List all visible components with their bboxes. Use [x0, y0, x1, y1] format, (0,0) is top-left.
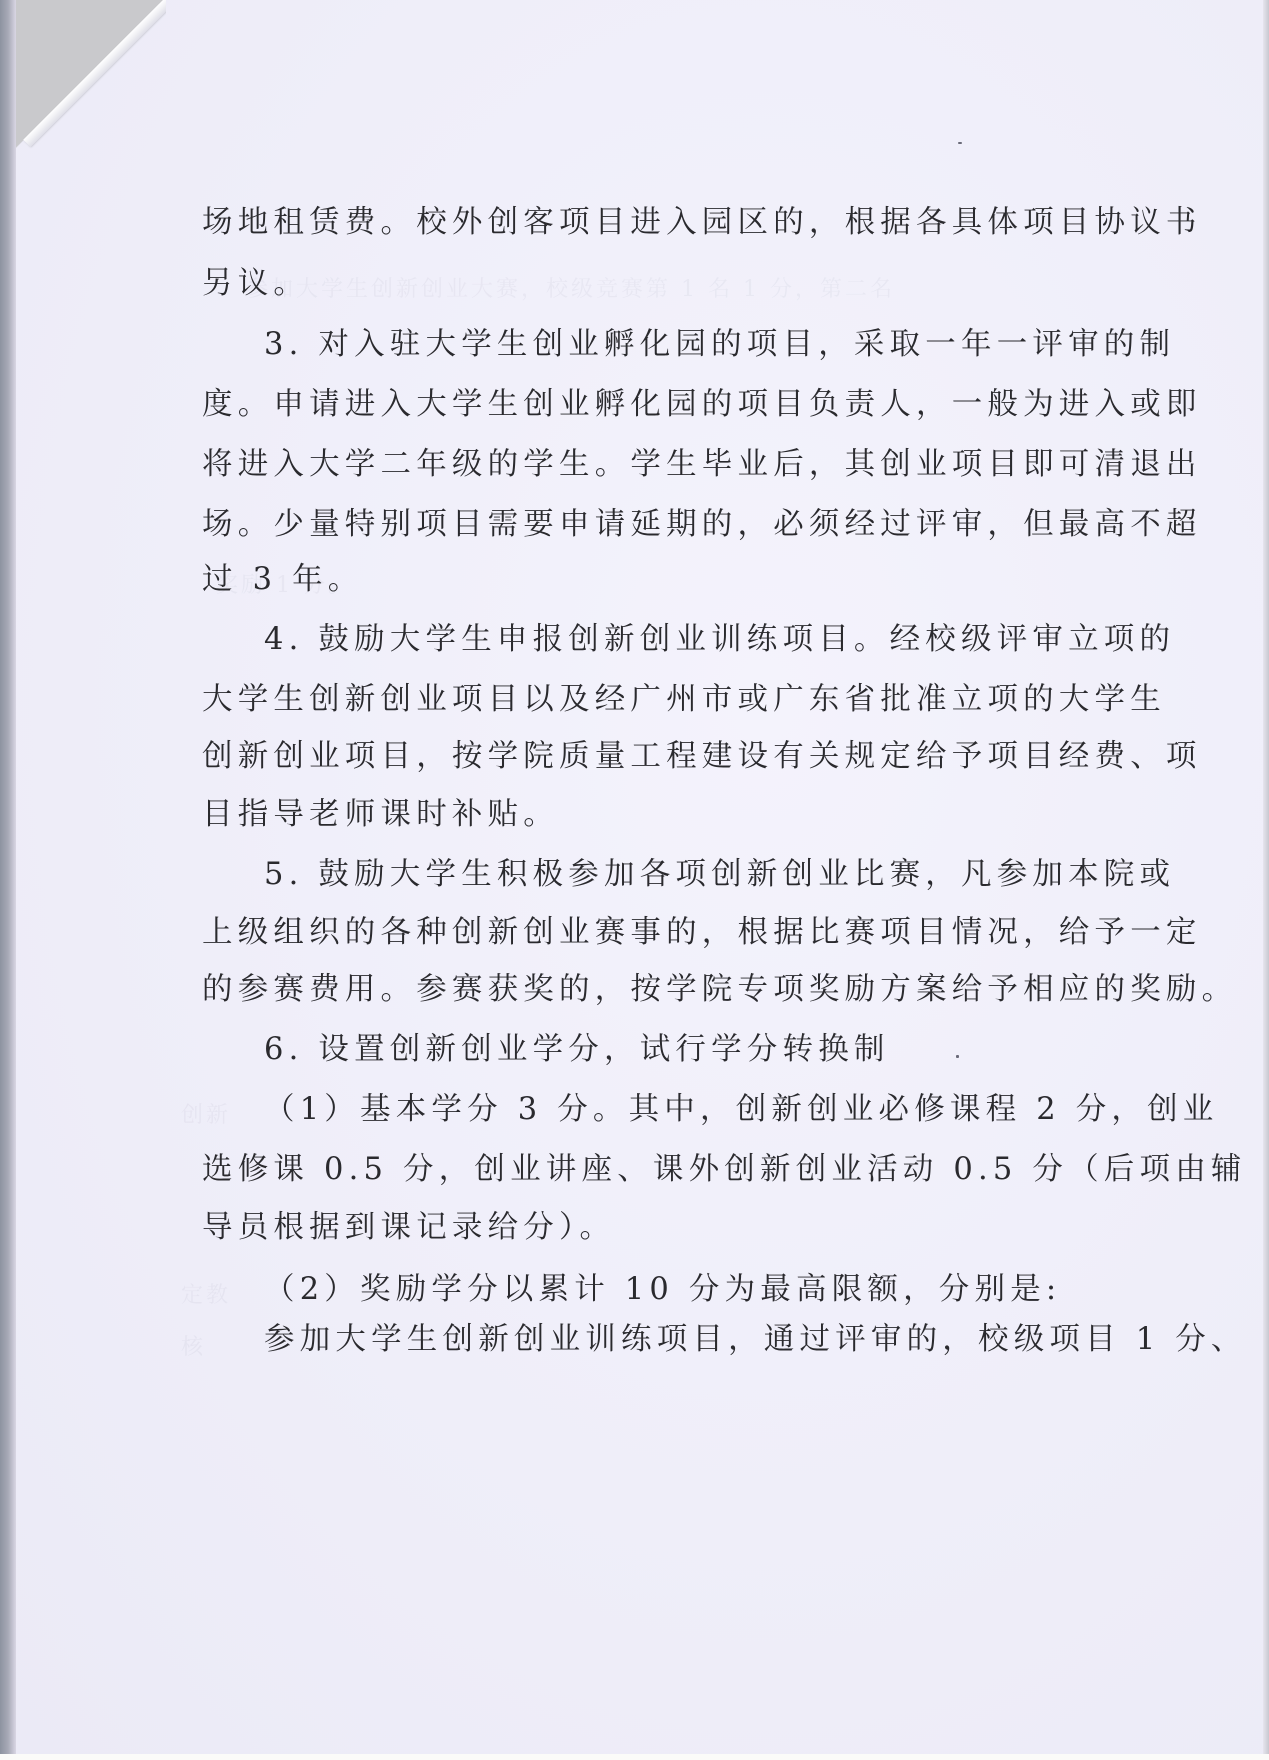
bleed-through-text: 参加大学生创新创业大赛，校级竞赛第 1 名 1 分，第二名 [246, 272, 895, 303]
text-line: 将进入大学二年级的学生。学生毕业后，其创业项目即可清退出 [202, 445, 1202, 485]
text-line: （1）基本学分 3 分。其中，创新创业必修课程 2 分，创业 [264, 1090, 1219, 1130]
text-line: 选修课 0.5 分，创业讲座、课外创新创业活动 0.5 分（后项由辅 [202, 1150, 1247, 1190]
text-line: 导员根据到课记录给分）。 [202, 1208, 615, 1248]
scan-bottom-edge [0, 1754, 1269, 1760]
text-line: 6. 设置创新创业学分，试行学分转换制 [264, 1030, 890, 1070]
text-line: 上级组织的各种创新创业赛事的，根据比赛项目情况，给予一定 [202, 913, 1202, 953]
bleed-through-text: 定教 [181, 1278, 231, 1309]
text-line: 目指导老师课时补贴。 [202, 795, 559, 835]
text-line: 的参赛费用。参赛获奖的，按学院专项奖励方案给予相应的奖励。 [202, 970, 1237, 1010]
scanned-page: 参加大学生创新创业大赛，校级竞赛第 1 名 1 分，第二名奖励 1 分。创新定教… [16, 0, 1263, 1754]
bleed-through-text: 创新 [181, 1098, 231, 1129]
text-line: 大学生创新创业项目以及经广州市或广东省批准立项的大学生 [202, 680, 1166, 720]
scanner-shadow-right [1263, 0, 1269, 1754]
text-line: 场地租赁费。校外创客项目进入园区的，根据各具体项目协议书 [202, 203, 1202, 243]
text-line: 另议。 [202, 264, 309, 304]
text-line: 参加大学生创新创业训练项目，通过评审的，校级项目 1 分、 [264, 1320, 1247, 1360]
text-line: 5. 鼓励大学生积极参加各项创新创业比赛，凡参加本院或 [264, 855, 1175, 895]
text-line: 过 3 年。 [202, 560, 364, 600]
text-line: 3. 对入驻大学生创业孵化园的项目，采取一年一评审的制 [264, 325, 1175, 365]
scan-speck [956, 1055, 959, 1058]
scan-speck [958, 142, 962, 144]
scanner-shadow-left [0, 0, 16, 1754]
text-line: 4. 鼓励大学生申报创新创业训练项目。经校级评审立项的 [264, 620, 1175, 660]
text-line: 度。申请进入大学生创业孵化园的项目负责人，一般为进入或即 [202, 385, 1202, 425]
bleed-through-text: 核 [181, 1330, 206, 1361]
text-line: （2）奖励学分以累计 10 分为最高限额，分别是: [264, 1270, 1061, 1310]
text-line: 场。少量特别项目需要申请延期的，必须经过评审，但最高不超 [202, 505, 1202, 545]
folded-corner [16, 0, 166, 150]
text-line: 创新创业项目，按学院质量工程建设有关规定给予项目经费、项 [202, 737, 1202, 777]
